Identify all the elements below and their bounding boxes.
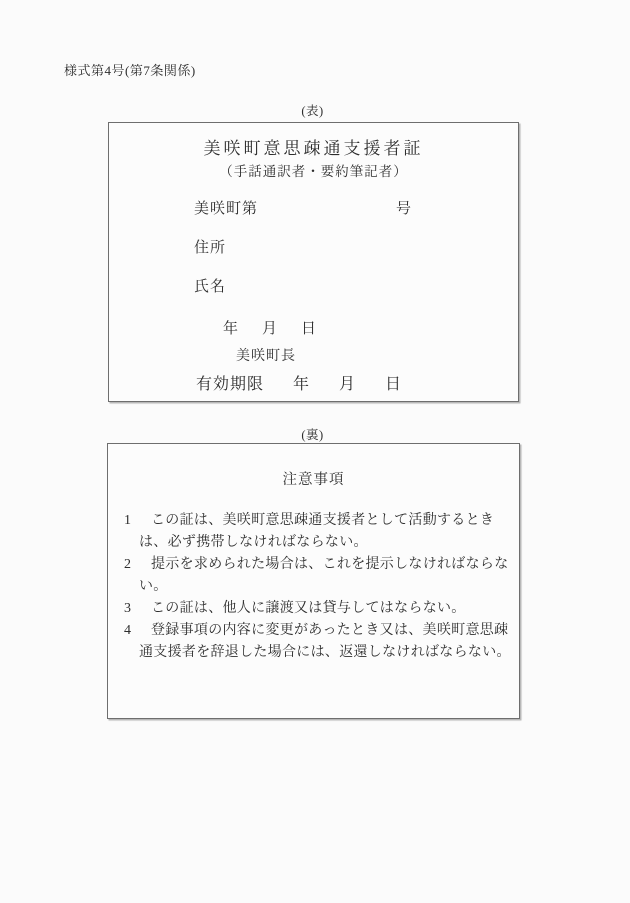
validity-line: 有効期限年月日	[196, 371, 402, 394]
issue-month-label: 月	[262, 321, 277, 337]
validity-label: 有効期限	[196, 376, 264, 393]
certificate-subtitle: （手話通訳者・要約筆記者）	[109, 160, 518, 180]
document-page: 様式第4号(第7条関係) (表) 美咲町意思疎通支援者証 （手話通訳者・要約筆記…	[0, 0, 630, 903]
notice-item-4-line-1: 登録事項の内容に変更があったとき又は、美咲町意思疎	[151, 623, 508, 638]
notice-item-1: 1この証は、美咲町意思疎通支援者として活動するとき は、必ず携帯しなければならな…	[124, 510, 510, 554]
notice-item-4-number: 4	[124, 620, 151, 642]
back-side-label: (裏)	[107, 425, 518, 443]
notice-item-2-line-2: い。	[139, 576, 510, 598]
mayor-label: 美咲町長	[236, 345, 296, 365]
issue-year-label: 年	[223, 321, 238, 337]
certificate-title: 美咲町意思疎通支援者証	[109, 134, 518, 159]
certificate-back-card: 注意事項 1この証は、美咲町意思疎通支援者として活動するとき は、必ず携帯しなけ…	[107, 443, 520, 719]
name-label: 氏名	[194, 275, 226, 296]
cert-no-prefix-label: 美咲町第	[194, 201, 258, 217]
certificate-number-line: 美咲町第号	[194, 197, 412, 218]
validity-day-label: 日	[385, 376, 402, 393]
notice-item-1-line-2: は、必ず携帯しなければならない。	[139, 532, 510, 554]
notice-item-3-number: 3	[124, 598, 151, 620]
notice-heading: 注意事項	[108, 468, 519, 489]
notice-item-4: 4登録事項の内容に変更があったとき又は、美咲町意思疎 通支援者を辞退した場合には…	[124, 620, 510, 664]
notice-item-2: 2提示を求められた場合は、これを提示しなければならな い。	[124, 554, 510, 598]
notice-item-2-number: 2	[124, 554, 151, 576]
validity-month-label: 月	[339, 376, 356, 393]
cert-no-suffix-label: 号	[396, 201, 412, 217]
notice-list: 1この証は、美咲町意思疎通支援者として活動するとき は、必ず携帯しなければならな…	[124, 510, 510, 664]
issue-date-line: 年月日	[223, 317, 316, 338]
notice-item-4-line-2: 通支援者を辞退した場合には、返還しなければならない。	[139, 642, 510, 664]
validity-year-label: 年	[293, 376, 310, 393]
notice-item-1-number: 1	[124, 510, 151, 532]
notice-item-3: 3この証は、他人に譲渡又は貸与してはならない。	[124, 598, 510, 620]
front-side-label: (表)	[108, 101, 517, 119]
notice-item-1-line-1: この証は、美咲町意思疎通支援者として活動するとき	[151, 513, 494, 528]
notice-item-3-line-1: この証は、他人に譲渡又は貸与してはならない。	[151, 601, 466, 616]
form-number: 様式第4号(第7条関係)	[64, 60, 196, 79]
address-label: 住所	[194, 236, 226, 257]
certificate-front-card: 美咲町意思疎通支援者証 （手話通訳者・要約筆記者） 美咲町第号 住所 氏名 年月…	[108, 122, 519, 402]
issue-day-label: 日	[301, 321, 316, 337]
notice-item-2-line-1: 提示を求められた場合は、これを提示しなければならな	[151, 557, 509, 572]
